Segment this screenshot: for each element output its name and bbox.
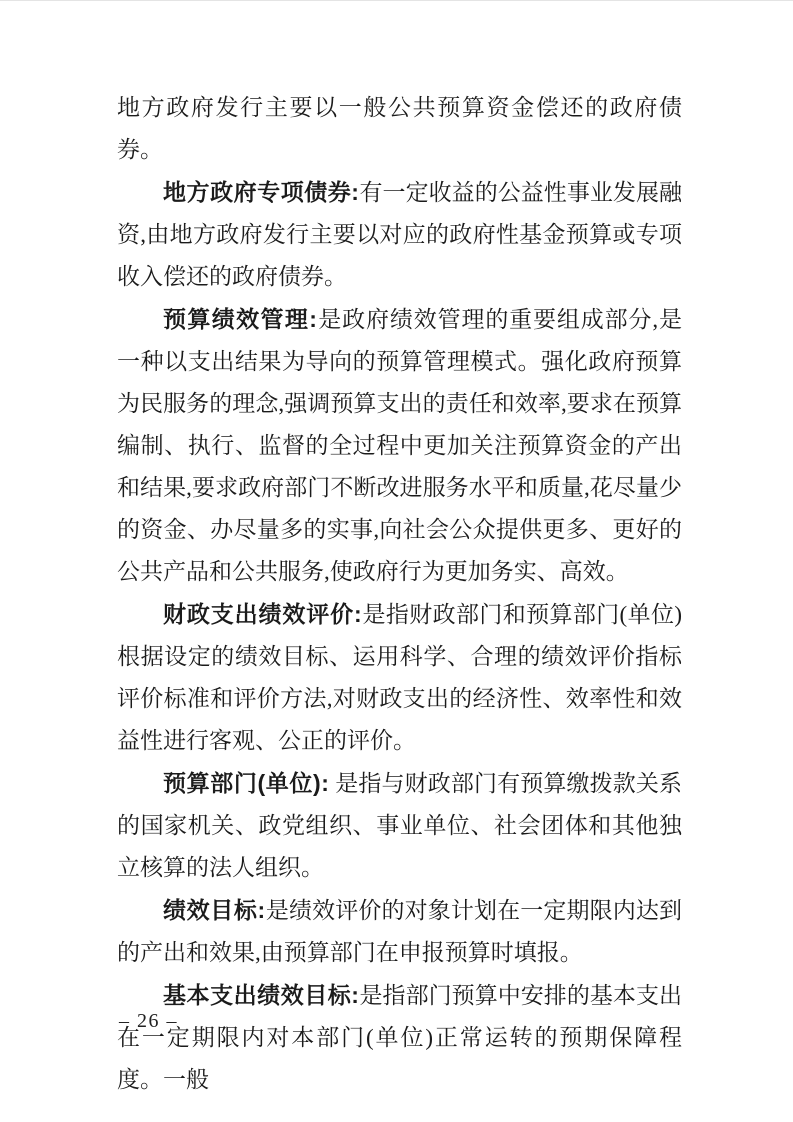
page-number: – 26 – — [119, 1010, 178, 1033]
body-text: 地方政府发行主要以一般公共预算资金偿还的政府债券。 地方政府专项债券:有一定收益… — [117, 87, 682, 1101]
document-page: { "page": { "number_label": "– 26 –" }, … — [0, 0, 793, 1122]
term-label: 绩效目标: — [163, 897, 266, 923]
term-label: 财政支出绩效评价: — [163, 601, 362, 627]
definition-text: 地方政府发行主要以一般公共预算资金偿还的政府债券。 — [117, 95, 682, 162]
glossary-paragraph-special-bonds: 地方政府专项债券:有一定收益的公益性事业发展融资,由地方政府发行主要以对应的政府… — [117, 171, 682, 298]
term-label: 地方政府专项债券: — [163, 179, 359, 205]
glossary-paragraph-basic-expenditure-goal: 基本支出绩效目标:是指部门预算中安排的基本支出在一定期限内对本部门(单位)正常运… — [117, 974, 682, 1101]
glossary-paragraph-performance-goal: 绩效目标:是绩效评价的对象计划在一定期限内达到的产出和效果,由预算部门在申报预算… — [117, 889, 682, 974]
glossary-paragraph-budget-performance-mgmt: 预算绩效管理:是政府绩效管理的重要组成部分,是一种以支出结果为导向的预算管理模式… — [117, 298, 682, 593]
scan-top-edge — [0, 0, 793, 1]
term-label: 预算部门(单位): — [163, 770, 329, 796]
definition-text: 是政府绩效管理的重要组成部分,是一种以支出结果为导向的预算管理模式。强化政府预算… — [117, 307, 682, 584]
paragraph-continuation: 地方政府发行主要以一般公共预算资金偿还的政府债券。 — [117, 87, 682, 171]
term-label: 基本支出绩效目标: — [163, 982, 359, 1008]
glossary-paragraph-expenditure-evaluation: 财政支出绩效评价:是指财政部门和预算部门(单位)根据设定的绩效目标、运用科学、合… — [117, 593, 682, 762]
glossary-paragraph-budget-department: 预算部门(单位): 是指与财政部门有预算缴拨款关系的国家机关、政党组织、事业单位… — [117, 762, 682, 889]
term-label: 预算绩效管理: — [163, 306, 317, 332]
